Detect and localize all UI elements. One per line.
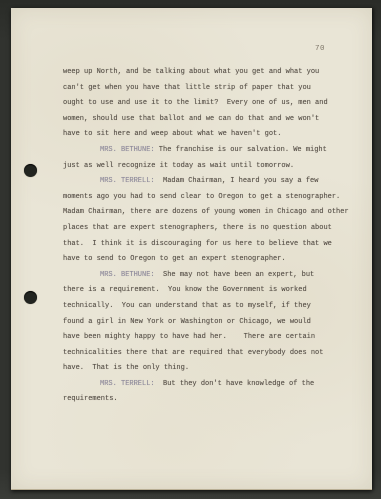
text-line: ought to use and use it to the limit? Ev… <box>63 96 354 112</box>
speaker-name: MRS. TERRELL: <box>100 380 155 388</box>
text-line: can't get when you have that little stri… <box>63 81 354 97</box>
line-text: that. I think it is discouraging for us … <box>63 240 332 248</box>
line-text: Madam Chairman, I heard you say a few <box>155 177 319 185</box>
line-text: there is a requirement. You know the Gov… <box>63 286 307 294</box>
line-text: have been mighty happy to have had her. … <box>63 333 315 341</box>
line-text: weep up North, and be talking about what… <box>63 68 319 76</box>
line-text: places that are expert stenographers, th… <box>63 224 332 232</box>
text-line: moments ago you had to send clear to Ore… <box>63 190 354 206</box>
text-line: MRS. BETHUNE: She may not have been an e… <box>63 268 354 284</box>
text-line: have been mighty happy to have had her. … <box>63 330 354 346</box>
line-text: ought to use and use it to the limit? Ev… <box>63 99 328 107</box>
line-text: technicalities there that are required t… <box>63 349 323 357</box>
text-line: women, should use that ballot and we can… <box>63 112 354 128</box>
line-text: found a girl in New York or Washington o… <box>63 318 311 326</box>
line-text: She may not have been an expert, but <box>155 271 315 279</box>
line-text: have to sit here and weep about what we … <box>63 130 281 138</box>
text-line: that. I think it is discouraging for us … <box>63 237 354 253</box>
transcript-text-block: weep up North, and be talking about what… <box>63 65 354 408</box>
text-line: have to sit here and weep about what we … <box>63 127 354 143</box>
page-number: 70 <box>315 45 325 53</box>
text-line: places that are expert stenographers, th… <box>63 221 354 237</box>
line-text: can't get when you have that little stri… <box>63 84 311 92</box>
hole-punch-bottom <box>24 291 37 304</box>
text-line: technically. You can understand that as … <box>63 299 354 315</box>
line-text: have to send to Oregon to get an expert … <box>63 255 286 263</box>
line-text: But they don't have knowledge of the <box>155 380 315 388</box>
line-text: have. That is the only thing. <box>63 364 189 372</box>
speaker-name: MRS. TERRELL: <box>100 177 155 185</box>
text-line: found a girl in New York or Washington o… <box>63 315 354 331</box>
line-text: moments ago you had to send clear to Ore… <box>63 193 340 201</box>
speaker-name: MRS. BETHUNE: <box>100 146 155 154</box>
text-line: technicalities there that are required t… <box>63 346 354 362</box>
text-line: MRS. BETHUNE: The franchise is our salva… <box>63 143 354 159</box>
text-line: Madam Chairman, there are dozens of youn… <box>63 205 354 221</box>
text-line: MRS. TERRELL: But they don't have knowle… <box>63 377 354 393</box>
line-text: just as well recognize it today as wait … <box>63 162 294 170</box>
text-line: have. That is the only thing. <box>63 361 354 377</box>
text-line: have to send to Oregon to get an expert … <box>63 252 354 268</box>
line-text: technically. You can understand that as … <box>63 302 311 310</box>
scanned-document-background: 70 weep up North, and be talking about w… <box>0 0 381 499</box>
document-page: 70 weep up North, and be talking about w… <box>11 8 372 490</box>
line-text: requirements. <box>63 395 118 403</box>
line-text: Madam Chairman, there are dozens of youn… <box>63 208 349 216</box>
text-line: there is a requirement. You know the Gov… <box>63 283 354 299</box>
text-line: just as well recognize it today as wait … <box>63 159 354 175</box>
text-line: weep up North, and be talking about what… <box>63 65 354 81</box>
hole-punch-top <box>24 164 37 177</box>
text-line: MRS. TERRELL: Madam Chairman, I heard yo… <box>63 174 354 190</box>
text-line: requirements. <box>63 392 354 408</box>
line-text: The franchise is our salvation. We might <box>155 146 327 154</box>
line-text: women, should use that ballot and we can… <box>63 115 319 123</box>
speaker-name: MRS. BETHUNE: <box>100 271 155 279</box>
